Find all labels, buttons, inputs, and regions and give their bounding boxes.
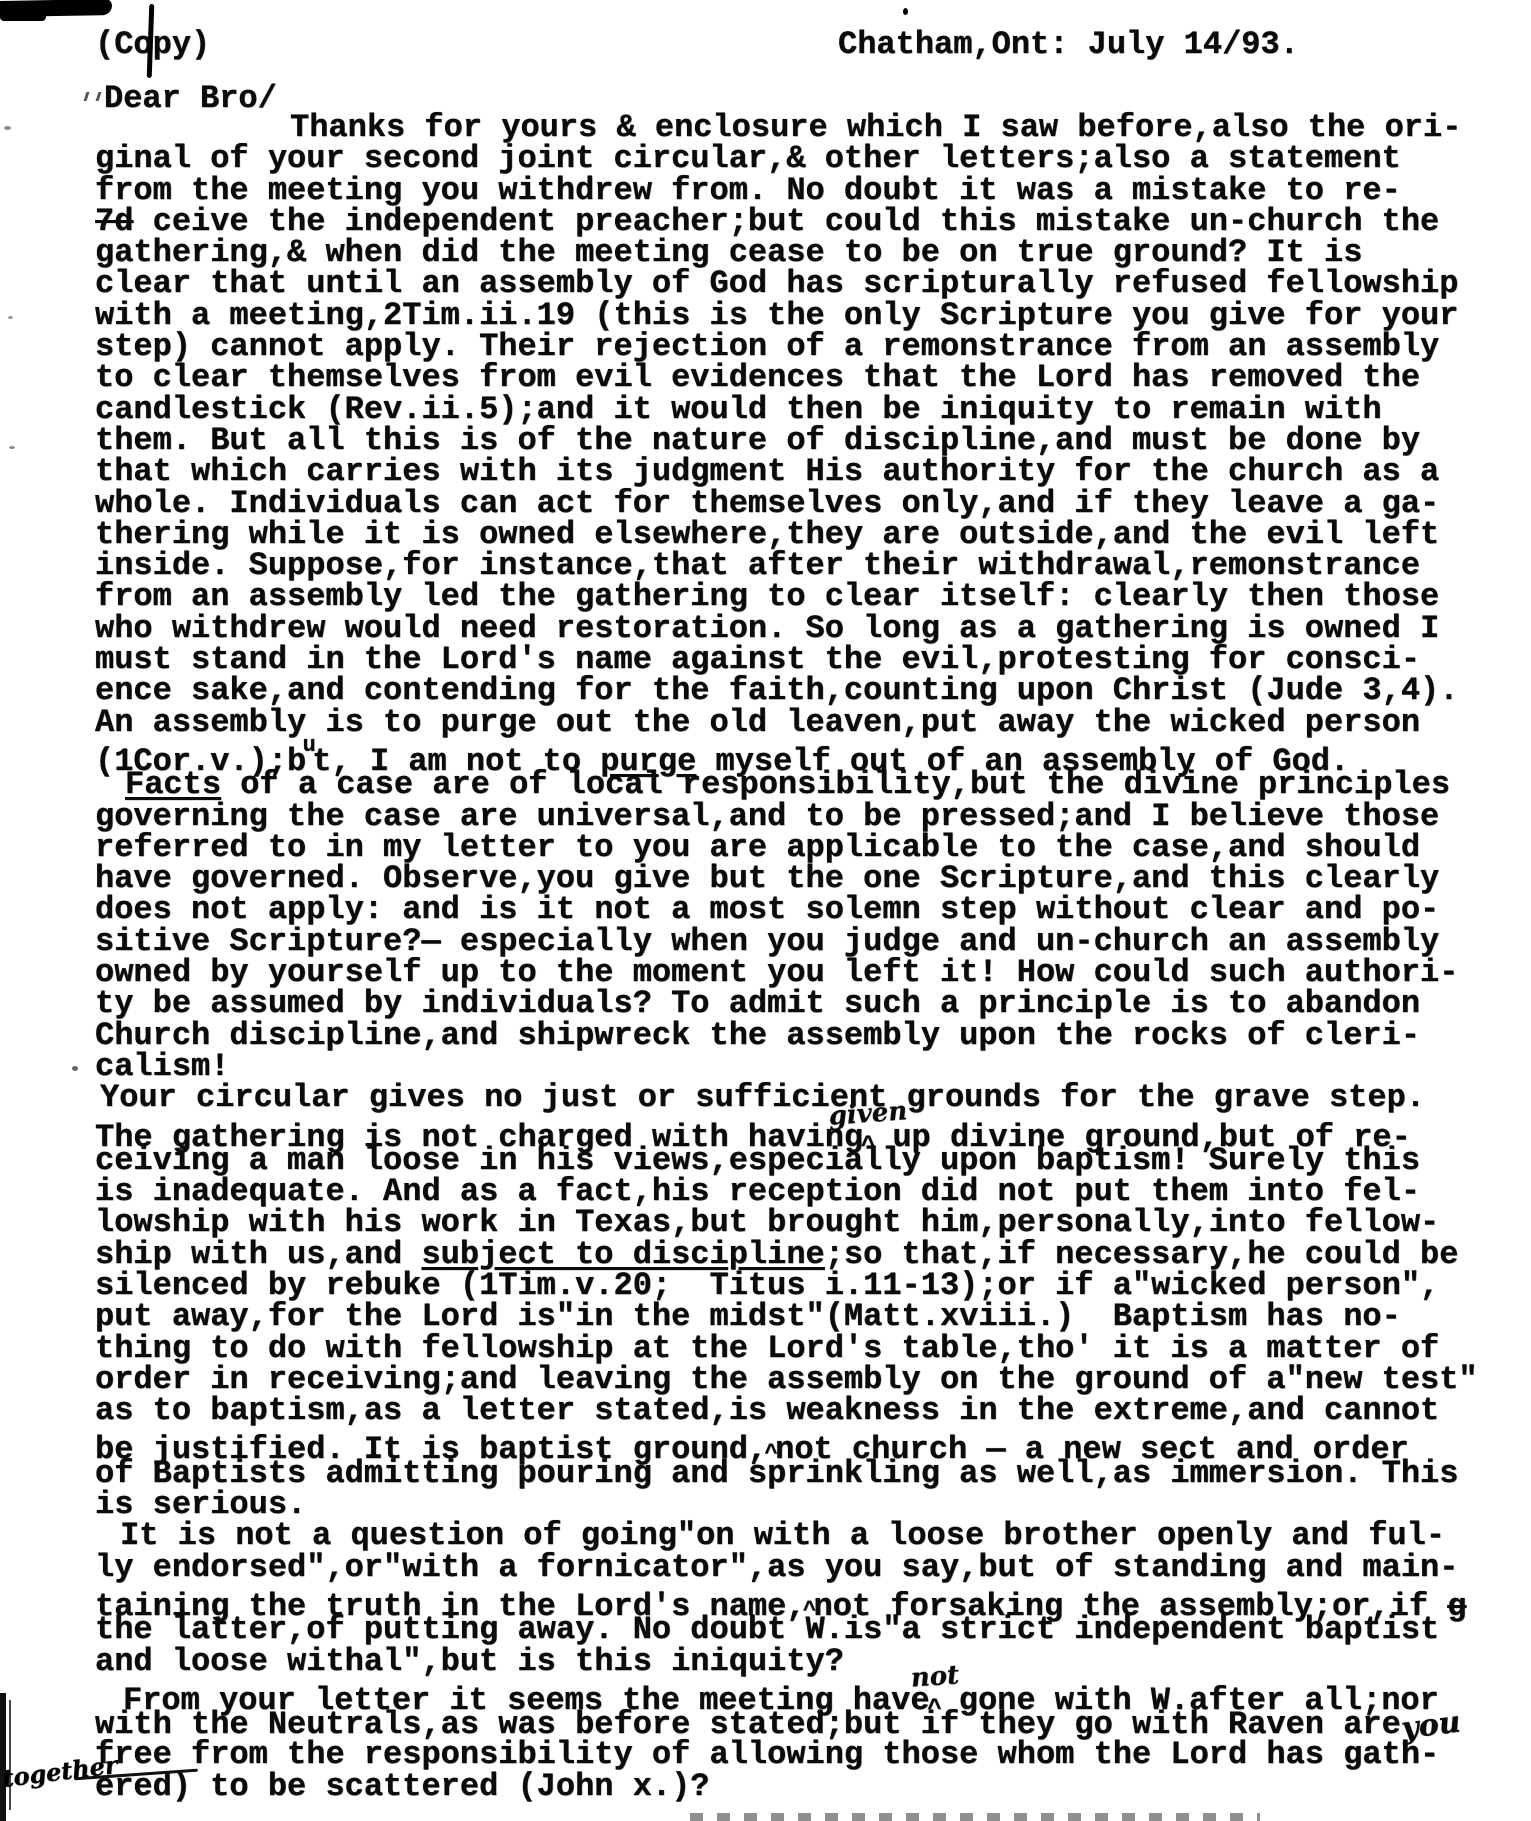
letter-line: Church discipline,and shipwreck the asse… [95,1020,1515,1051]
letter-line: as to baptism,as a letter stated,is weak… [95,1395,1515,1426]
paper-speck [8,316,13,319]
letter-line: free from the responsibility of allowing… [95,1739,1515,1770]
letter-line: from the meeting you withdrew from. No d… [95,175,1515,206]
letter-line: them. But all this is of the nature of d… [95,425,1515,456]
letter-line: Facts of a case are of local responsibil… [95,769,1515,800]
letter-line: thing to do with fellowship at the Lord'… [95,1333,1515,1364]
letter-line: step) cannot apply. Their rejection of a… [95,331,1515,362]
letter-line: governing the case are universal,and to … [95,801,1515,832]
copy-label: (Copy) [95,26,210,63]
handwritten-text: you [1399,1707,1462,1745]
letter-line: ship with us,and subject to discipline;s… [95,1239,1515,1270]
scan-edge-mark [9,1700,11,1810]
letter-line: ginal of your second joint circular,& ot… [95,143,1515,174]
letter-line: lowship with his work in Texas,but broug… [95,1207,1515,1238]
letter-line: It is not a question of going"on with a … [95,1520,1515,1551]
letter-line: inside. Suppose,for instance,that after … [95,550,1515,581]
letter-paragraph: It is not a question of going"on with a … [95,1520,1515,1676]
letter-line: with a meeting,2Tim.ii.19 (this is the o… [95,300,1515,331]
inserted-word-text: u [303,735,316,757]
letter-line: taining the truth in the Lord's name,^^n… [95,1583,1515,1614]
letter-line: is inadequate. And as a fact,his recepti… [95,1176,1515,1207]
inserted-word-text: given [828,1098,908,1129]
paper-speck [9,446,15,449]
letter-line: ceiving a man loose in his views,especia… [95,1145,1515,1176]
letter-line: must stand in the Lord's name against th… [95,644,1515,675]
letter-line: that which carries with its judgment His… [95,456,1515,487]
stray-quote-mark [84,92,102,101]
letter-line: order in receiving;and leaving the assem… [95,1364,1515,1395]
paper-speck [4,126,11,130]
letter-line: and loose withal",but is this iniquity? [95,1646,1515,1677]
paper-speck [72,1066,78,1071]
letter-line: thering while it is owned elsewhere,they… [95,519,1515,550]
letter-line: ered) to be scattered (John x.)? [95,1771,1515,1802]
inserted-word-text: not [910,1662,960,1691]
dateline: Chatham,Ont: July 14/93. [838,26,1299,63]
struck-out-text: g [1447,1588,1466,1625]
inserted-word: u^ [306,738,312,770]
insertion-caret: ^^ [767,1426,775,1458]
letter-line: does not apply: and is it not a most sol… [95,894,1515,925]
ink-smudge [0,9,46,21]
letter-body: Thanks for yours & enclosure which I saw… [95,112,1515,1802]
letter-line: calism! [95,1051,1515,1082]
caret-mark: ^ [927,1698,941,1722]
letter-line: ty be assumed by individuals? To admit s… [95,988,1515,1019]
caret-mark: ^ [861,1135,875,1159]
letter-line: who withdrew would need restoration. So … [95,613,1515,644]
letter-line: whole. Individuals can act for themselve… [95,488,1515,519]
letter-paragraph: Your circular gives no just or sufficien… [95,1082,1515,1520]
letter-line: 7d ceive the independent preacher;but co… [95,206,1515,237]
letter-line: silenced by rebuke (1Tim.v.20; Titus i.1… [95,1270,1515,1301]
caret-mark: ^ [765,1443,778,1465]
letter-line: to clear themselves from evil evidences … [95,362,1515,393]
letter-line: referred to in my letter to you are appl… [95,832,1515,863]
ink-dot [903,8,908,15]
insertion-caret: ^^ [806,1583,814,1615]
letter-paragraph: Thanks for yours & enclosure which I saw… [95,112,1515,769]
letter-line: be justified. It is baptist ground,^^not… [95,1426,1515,1457]
letter-line: owned by yourself up to the moment you l… [95,957,1515,988]
letter-line: Your circular gives no just or sufficien… [95,1082,1515,1113]
letter-line: ence sake,and contending for the faith,c… [95,675,1515,706]
letter-line: of Baptists admitting pouring and sprink… [95,1458,1515,1489]
letter-line: have governed. Observe,you give but the … [95,863,1515,894]
letter-line: From your letter it seems the meeting ha… [95,1677,1515,1708]
cutoff-text-line [690,1813,1260,1821]
letter-line: The gathering is not charged with having… [95,1114,1515,1145]
letter-line: put away,for the Lord is"in the midst"(M… [95,1301,1515,1332]
letter-line: ly endorsed",or"with a fornicator",as yo… [95,1552,1515,1583]
letter-line: (1Cor.v.);bu^t, I am not to purge myself… [95,738,1515,769]
letter-line: is serious. [95,1489,1515,1520]
letter-line: sitive Scripture?— especially when you j… [95,926,1515,957]
letter-line: from an assembly led the gathering to cl… [95,581,1515,612]
inserted-word: given^ [863,1114,873,1146]
caret-mark: ^ [803,1600,816,1622]
inserted-word: not^ [930,1677,940,1709]
scan-edge-mark [0,1693,6,1821]
letter-paragraph: Facts of a case are of local responsibil… [95,769,1515,1082]
letter-line: candlestick (Rev.ii.5);and it would then… [95,394,1515,425]
letter-line: with the Neutrals,as was before stated;b… [95,1708,1515,1739]
letter-line: Thanks for yours & enclosure which I saw… [95,112,1515,143]
letter-line: gathering,& when did the meeting cease t… [95,237,1515,268]
letter-page: (Copy) Chatham,Ont: July 14/93. Dear Bro… [0,0,1531,1821]
letter-paragraph: From your letter it seems the meeting ha… [95,1677,1515,1802]
letter-line: clear that until an assembly of God has … [95,268,1515,299]
